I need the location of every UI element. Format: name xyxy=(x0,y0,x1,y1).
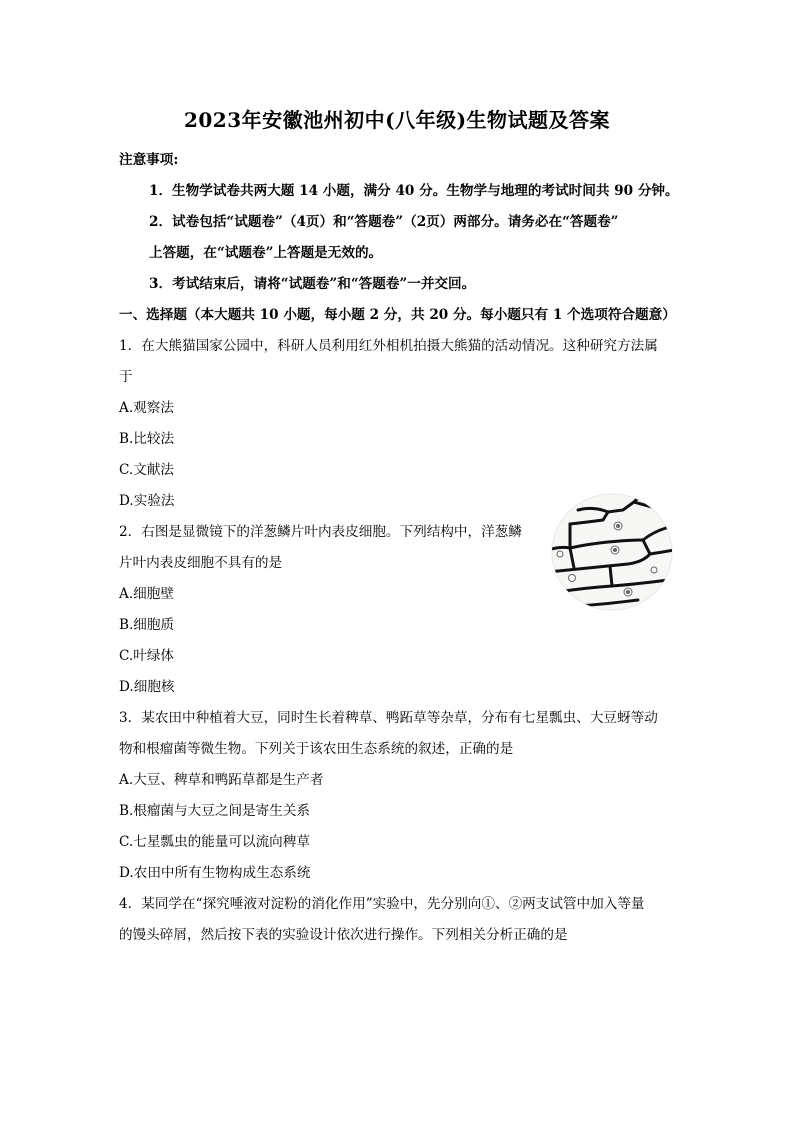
question-3-option-c: C.七星瓢虫的能量可以流向稗草 xyxy=(119,830,310,850)
document-page: 2023年安徽池州初中(八年级)生物试题及答案 注意事项: 1．生物学试卷共两大… xyxy=(0,0,794,1123)
onion-cell-micrograph-image xyxy=(548,488,676,612)
question-2-stem: 2．右图是显微镜下的洋葱鳞片叶内表皮细胞。下列结构中，洋葱鳞 xyxy=(119,520,522,540)
section-heading: 一、选择题（本大题共 10 小题，每小题 2 分，共 20 分。每小题只有 1 … xyxy=(119,303,676,323)
question-1-stem-cont: 于 xyxy=(119,365,133,385)
question-4-stem-cont: 的馒头碎屑，然后按下表的实验设计依次进行操作。下列相关分析正确的是 xyxy=(119,923,568,943)
question-2-option-a: A.细胞壁 xyxy=(119,582,174,602)
notice-item-2: 2．试卷包括“试题卷”（4页）和“答题卷”（2页）两部分。请务必在“答题卷” xyxy=(149,210,619,230)
question-2-option-c: C.叶绿体 xyxy=(119,644,174,664)
question-4-stem: 4．某同学在“探究唾液对淀粉的消化作用”实验中，先分别向①、②两支试管中加入等量 xyxy=(119,892,645,912)
question-1-stem: 1．在大熊猫国家公园中，科研人员利用红外相机拍摄大熊猫的活动情况。这种研究方法属 xyxy=(119,334,658,354)
question-2-stem-cont: 片叶内表皮细胞不具有的是 xyxy=(119,551,282,571)
question-1-option-d: D.实验法 xyxy=(119,489,175,509)
notice-item-2-cont: 上答题，在“试题卷”上答题是无效的。 xyxy=(149,241,382,261)
question-2-option-d: D.细胞核 xyxy=(119,675,175,695)
question-3-option-d: D.农田中所有生物构成生态系统 xyxy=(119,861,310,881)
question-1-option-a: A.观察法 xyxy=(119,396,174,416)
question-3-stem: 3．某农田中种植着大豆，同时生长着稗草、鸭跖草等杂草，分布有七星瓢虫、大豆蚜等动 xyxy=(119,706,658,726)
question-3-option-b: B.根瘤菌与大豆之间是寄生关系 xyxy=(119,799,310,819)
question-3-stem-cont: 物和根瘤菌等微生物。下列关于该农田生态系统的叙述，正确的是 xyxy=(119,737,513,757)
notice-item-1: 1．生物学试卷共两大题 14 小题，满分 40 分。生物学与地理的考试时间共 9… xyxy=(149,179,679,199)
notice-item-3: 3．考试结束后，请将“试题卷”和“答题卷”一并交回。 xyxy=(149,272,475,292)
question-2-option-b: B.细胞质 xyxy=(119,613,174,633)
question-1-option-c: C.文献法 xyxy=(119,458,174,478)
page-title: 2023年安徽池州初中(八年级)生物试题及答案 xyxy=(0,104,794,133)
notice-heading: 注意事项: xyxy=(119,148,178,168)
question-1-option-b: B.比较法 xyxy=(119,427,174,447)
question-3-option-a: A.大豆、稗草和鸭跖草都是生产者 xyxy=(119,768,323,788)
